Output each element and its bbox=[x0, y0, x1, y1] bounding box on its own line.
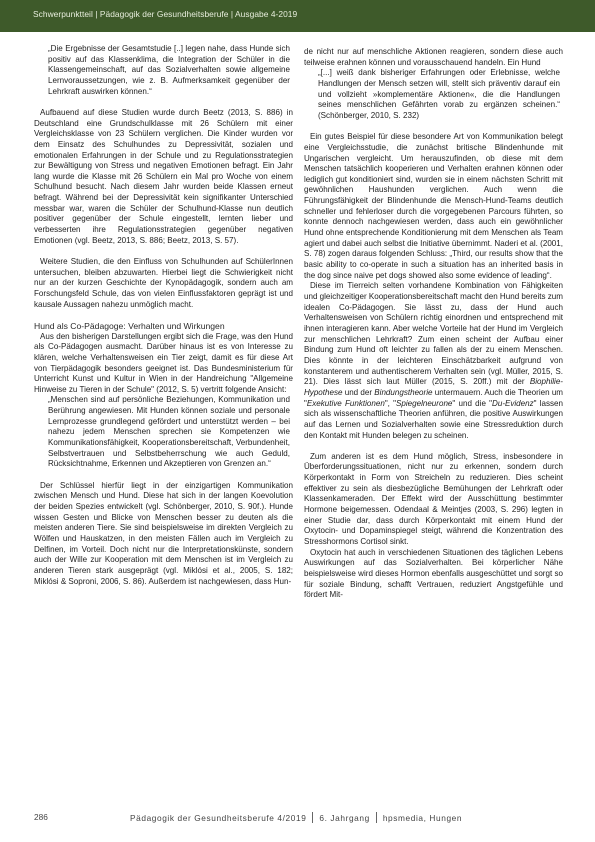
paragraph-oxytocin: Oxytocin hat auch in verschiedenen Situa… bbox=[304, 548, 563, 601]
paragraph-ideal-co-pedagogue: Diese im Tierreich selten vorhandene Kom… bbox=[304, 281, 563, 441]
paragraph-further-studies: Weitere Studien, die den Einfluss von Sc… bbox=[34, 257, 293, 310]
footer-publisher: hpsmedia, Hungen bbox=[383, 813, 462, 823]
block-quote-schoenberger: „[...] weiß dank bisheriger Erfahrungen … bbox=[318, 68, 560, 121]
term-bindungstheorie: Bindungstheorie bbox=[374, 388, 432, 397]
paragraph-co-pedagogue: Aus den bisherigen Darstellungen ergibt … bbox=[34, 332, 293, 396]
text-run: ", " bbox=[385, 399, 396, 408]
block-quote-ministry: „Menschen sind auf persönliche Beziehung… bbox=[48, 395, 290, 470]
term-du-evidenz: Du-Evidenz bbox=[492, 399, 534, 408]
left-column: „Die Ergebnisse der Gesamtstudie [..] le… bbox=[34, 44, 293, 587]
paragraph-continuation: de nicht nur auf menschliche Aktionen re… bbox=[304, 47, 563, 68]
page-number: 286 bbox=[34, 812, 48, 822]
paragraph-beetz-study: Aufbauend auf diese Studien wurde durch … bbox=[34, 108, 293, 247]
footer-journal-name: Pädagogik der Gesundheitsberufe 4/2019 bbox=[130, 813, 306, 823]
footer-divider bbox=[312, 812, 313, 823]
right-column: de nicht nur auf menschliche Aktionen re… bbox=[304, 47, 563, 601]
running-header-bar: Schwerpunktteil | Pädagogik der Gesundhe… bbox=[0, 0, 595, 32]
term-exekutive-funktionen: Exekutive Funktionen bbox=[307, 399, 385, 408]
paragraph-communication: Der Schlüssel hierfür liegt in der einzi… bbox=[34, 481, 293, 588]
page-footer: 286 Pädagogik der Gesundheitsberufe 4/20… bbox=[0, 812, 595, 826]
text-run: Diese im Tierreich selten vorhandene Kom… bbox=[304, 281, 563, 386]
paragraph-guide-dogs: Ein gutes Beispiel für diese besondere A… bbox=[304, 132, 563, 281]
running-header-text: Schwerpunktteil | Pädagogik der Gesundhe… bbox=[33, 9, 297, 19]
paragraph-stress-reduction: Zum anderen ist es dem Hund möglich, Str… bbox=[304, 452, 563, 548]
section-heading: Hund als Co-Pädagoge: Verhalten und Wirk… bbox=[34, 321, 293, 332]
term-spiegelneurone: Spiegelneurone bbox=[396, 399, 452, 408]
footer-volume: 6. Jahrgang bbox=[319, 813, 369, 823]
footer-divider bbox=[376, 812, 377, 823]
block-quote-study-results: „Die Ergebnisse der Gesamtstudie [..] le… bbox=[48, 44, 290, 97]
text-run: und der bbox=[342, 388, 374, 397]
footer-citation: Pädagogik der Gesundheitsberufe 4/20196.… bbox=[130, 812, 462, 823]
text-run: " und die " bbox=[452, 399, 492, 408]
